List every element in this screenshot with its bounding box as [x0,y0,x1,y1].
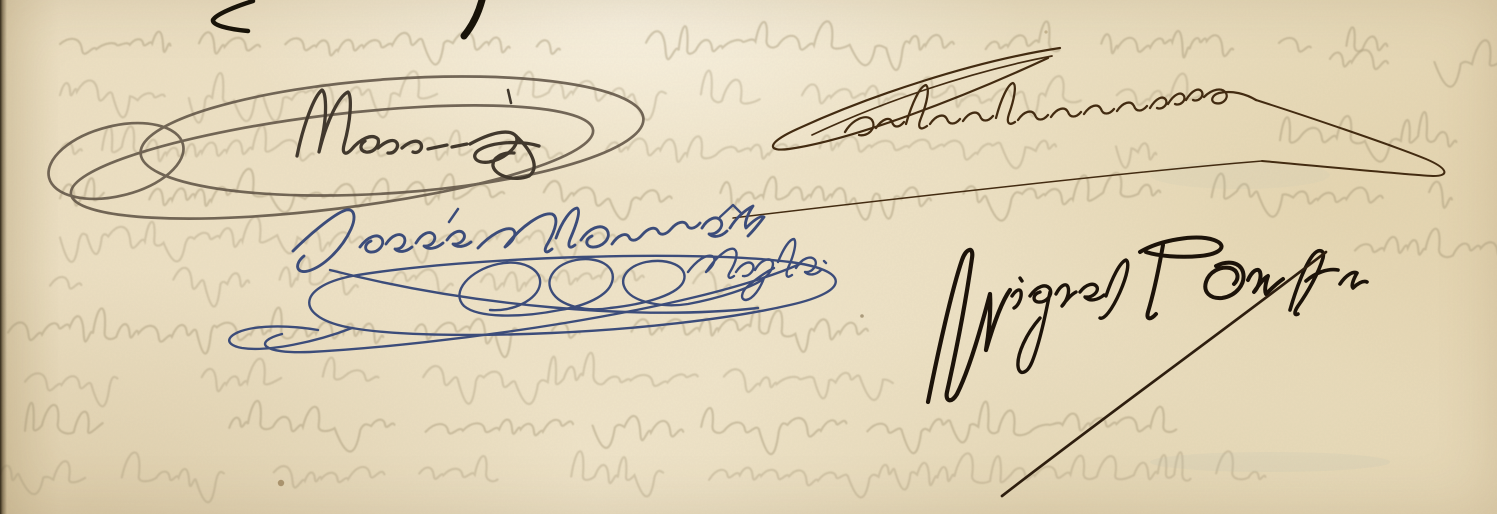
scanned-document-page [0,0,1497,514]
paper-grain-texture [0,0,1497,514]
manuscript-artwork [0,0,1497,514]
